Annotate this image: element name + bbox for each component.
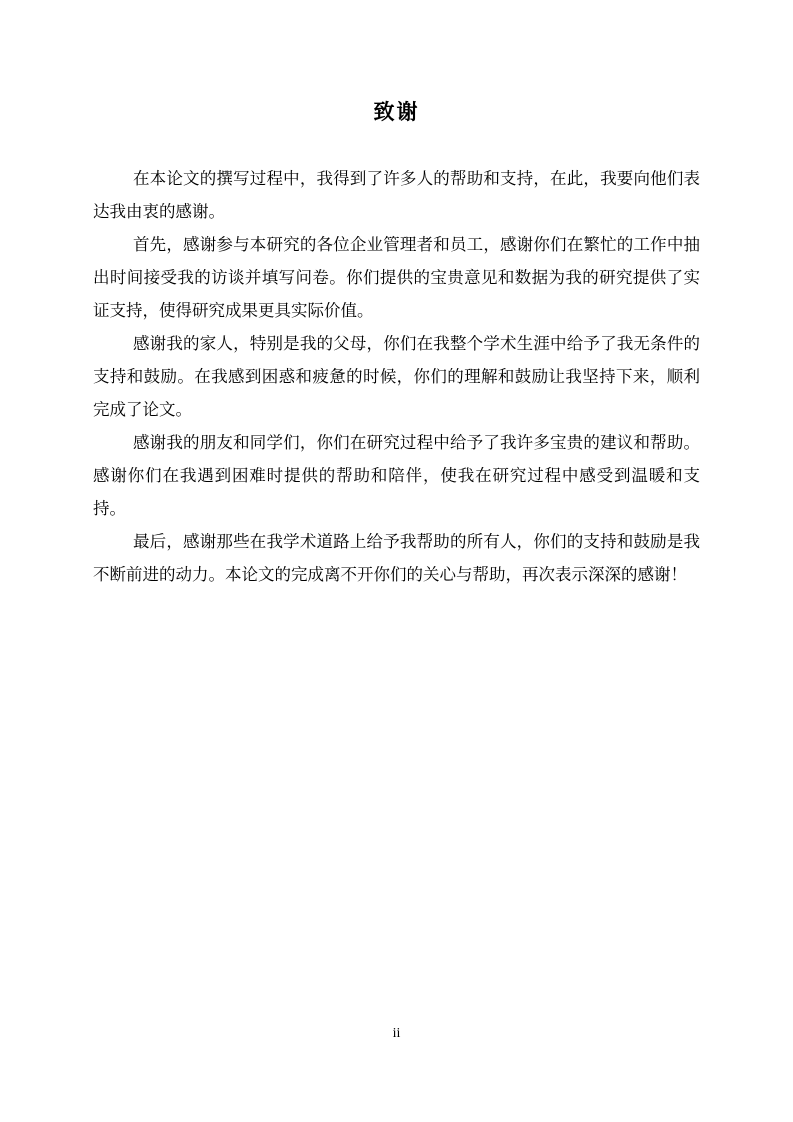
document-page: 致谢 在本论文的撰写过程中，我得到了许多人的帮助和支持，在此，我要向他们表达我由… [0,0,793,1122]
acknowledgements-body: 在本论文的撰写过程中，我得到了许多人的帮助和支持，在此，我要向他们表达我由衷的感… [93,162,700,591]
page-number: ii [0,1025,793,1043]
paragraph-participants: 首先，感谢参与本研究的各位企业管理者和员工，感谢你们在繁忙的工作中抽出时间接受我… [93,228,700,327]
paragraph-friends: 感谢我的朋友和同学们，你们在研究过程中给予了我许多宝贵的建议和帮助。感谢你们在我… [93,426,700,525]
paragraph-intro: 在本论文的撰写过程中，我得到了许多人的帮助和支持，在此，我要向他们表达我由衷的感… [93,162,700,228]
page-title: 致谢 [93,96,700,128]
paragraph-family: 感谢我的家人，特别是我的父母，你们在我整个学术生涯中给予了我无条件的支持和鼓励。… [93,327,700,426]
paragraph-closing: 最后，感谢那些在我学术道路上给予我帮助的所有人，你们的支持和鼓励是我不断前进的动… [93,525,700,591]
